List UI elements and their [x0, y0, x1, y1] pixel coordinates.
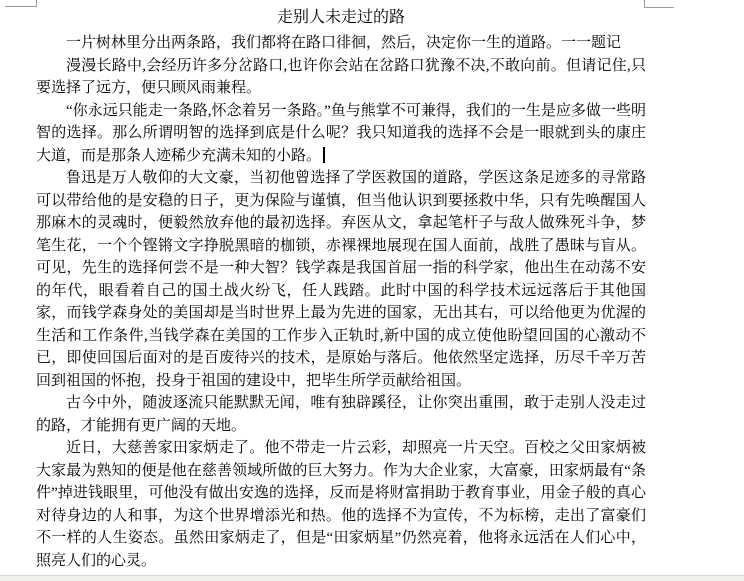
window-bottom-edge	[0, 575, 744, 581]
text-cursor	[323, 147, 325, 163]
paragraph-text: “你永远只能走一条路,怀念着另一条路。”鱼与熊掌不可兼得，我们的一生是应多做一些…	[36, 103, 646, 164]
crop-mark-vertical-line	[36, 0, 37, 7]
document-page: { "document": { "title": "走别人未走过的路", "pa…	[0, 0, 744, 581]
paragraph-text: 一片树林里分出两条路，我们都将在路口徘徊，然后，决定你一生的道路。一一题记	[66, 35, 621, 51]
paragraph[interactable]: “你永远只能走一条路,怀念着另一条路。”鱼与熊掌不可兼得，我们的一生是应多做一些…	[36, 100, 646, 168]
crop-mark-horizontal-line	[5, 6, 37, 7]
paragraph[interactable]: 近日，大慈善家田家炳走了。他不带走一片云彩，却照亮一片天空。百校之父田家炳被大家…	[36, 437, 646, 572]
paragraph[interactable]: 一片树林里分出两条路，我们都将在路口徘徊，然后，决定你一生的道路。一一题记	[36, 32, 646, 55]
paragraph-text: 漫漫长路中,会经历许多分岔路口,也许你会站在岔路口犹豫不决,不敢向前。但请记住,…	[36, 58, 646, 97]
paragraph[interactable]: 古今中外，随波逐流只能默默无闻，唯有独辟蹊径，让你突出重围，敢于走别人没走过的路…	[36, 392, 646, 437]
document-text-area[interactable]: 走别人未走过的路 一片树林里分出两条路，我们都将在路口徘徊，然后，决定你一生的道…	[36, 7, 646, 572]
document-title[interactable]: 走别人未走过的路	[36, 7, 646, 29]
paragraph[interactable]: 鲁迅是万人敬仰的大文豪，当初他曾选择了学医救国的道路，学医这条足迹多的寻常路可以…	[36, 167, 646, 392]
crop-mark-horizontal-line	[644, 7, 674, 8]
paragraph-text: 古今中外，随波逐流只能默默无闻，唯有独辟蹊径，让你突出重围，敢于走别人没走过的路…	[36, 395, 646, 434]
paragraph[interactable]: 漫漫长路中,会经历许多分岔路口,也许你会站在岔路口犹豫不决,不敢向前。但请记住,…	[36, 55, 646, 100]
paragraph-text: 近日，大慈善家田家炳走了。他不带走一片云彩，却照亮一片天空。百校之父田家炳被大家…	[36, 440, 646, 569]
paragraph-text: 鲁迅是万人敬仰的大文豪，当初他曾选择了学医救国的道路，学医这条足迹多的寻常路可以…	[36, 170, 646, 389]
